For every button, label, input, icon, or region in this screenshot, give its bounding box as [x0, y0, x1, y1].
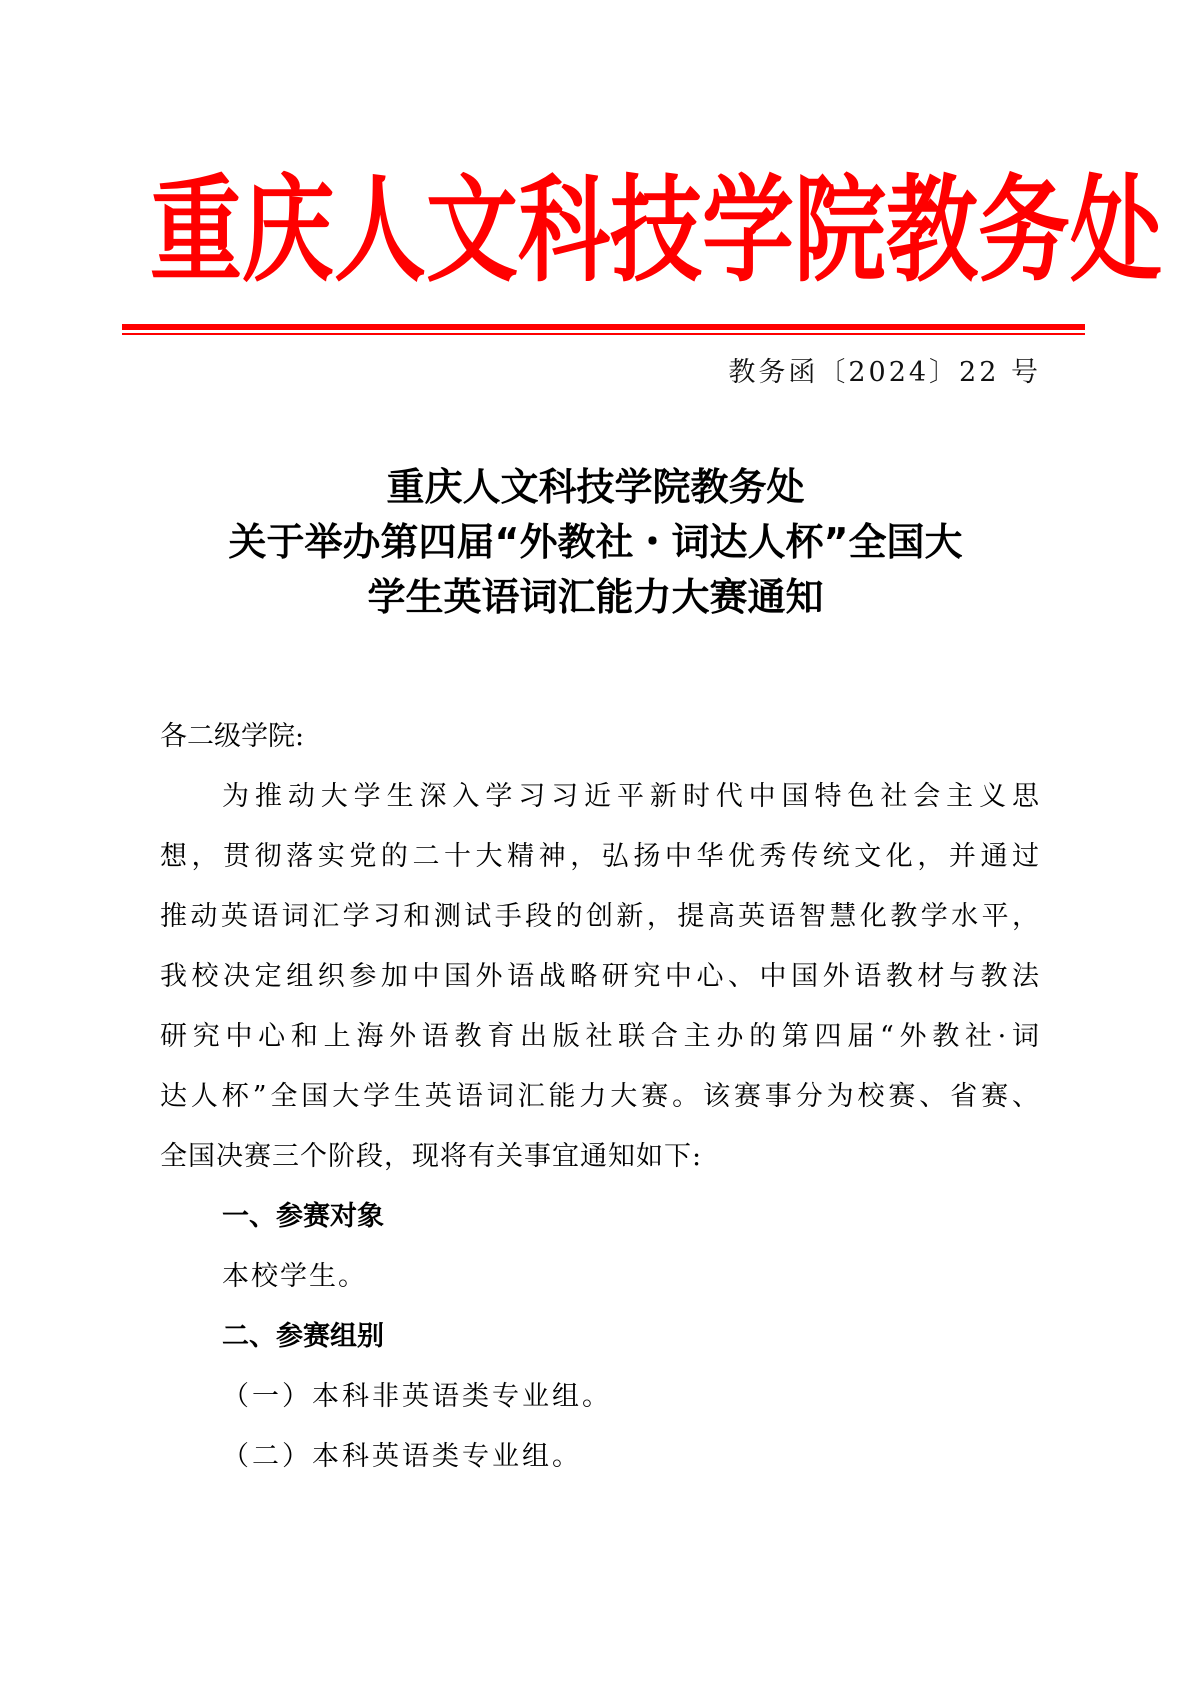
- masthead-title: 重庆人文科技学院教务处: [150, 173, 1050, 288]
- document-title: 重庆人文科技学院教务处 关于举办第四届“外教社・词达人杯”全国大 学生英语词汇能…: [120, 460, 1071, 625]
- section-text: 本校学生。: [160, 1247, 1040, 1307]
- document-number: 教务函〔2024〕22 号: [728, 355, 1041, 391]
- paragraph-line: 达人杯”全国大学生英语词汇能力大赛。该赛事分为校赛、省赛、: [160, 1067, 1040, 1127]
- section-heading: 一、参赛对象: [160, 1187, 1040, 1247]
- masthead: 重庆人文科技学院教务处: [150, 168, 1050, 293]
- section-heading: 二、参赛组别: [160, 1307, 1040, 1367]
- title-line-2: 关于举办第四届“外教社・词达人杯”全国大: [120, 515, 1071, 570]
- paragraph-line: 全国决赛三个阶段，现将有关事宜通知如下:: [160, 1127, 1040, 1187]
- document-page: 重庆人文科技学院教务处 教务函〔2024〕22 号 重庆人文科技学院教务处 关于…: [0, 0, 1191, 1684]
- masthead-rule-thick: [122, 324, 1085, 330]
- paragraph-line: 推动英语词汇学习和测试手段的创新，提高英语智慧化教学水平，: [160, 887, 1040, 947]
- salutation: 各二级学院:: [160, 707, 1040, 767]
- title-line-3: 学生英语词汇能力大赛通知: [120, 570, 1071, 625]
- masthead-rule-thin: [122, 333, 1085, 335]
- intro-paragraph: 为推动大学生深入学习习近平新时代中国特色社会主义思 想，贯彻落实党的二十大精神，…: [160, 767, 1040, 1187]
- document-body: 各二级学院: 为推动大学生深入学习习近平新时代中国特色社会主义思 想，贯彻落实党…: [160, 707, 1040, 1487]
- group-item: （一）本科非英语类专业组。: [160, 1367, 1040, 1427]
- paragraph-line: 想，贯彻落实党的二十大精神，弘扬中华优秀传统文化，并通过: [160, 827, 1040, 887]
- section-participants: 一、参赛对象 本校学生。: [160, 1187, 1040, 1307]
- paragraph-line: 为推动大学生深入学习习近平新时代中国特色社会主义思: [160, 767, 1040, 827]
- paragraph-line: 研究中心和上海外语教育出版社联合主办的第四届“外教社·词: [160, 1007, 1040, 1067]
- section-groups: 二、参赛组别 （一）本科非英语类专业组。 （二）本科英语类专业组。: [160, 1307, 1040, 1487]
- title-line-1: 重庆人文科技学院教务处: [120, 460, 1071, 515]
- group-item: （二）本科英语类专业组。: [160, 1427, 1040, 1487]
- paragraph-line: 我校决定组织参加中国外语战略研究中心、中国外语教材与教法: [160, 947, 1040, 1007]
